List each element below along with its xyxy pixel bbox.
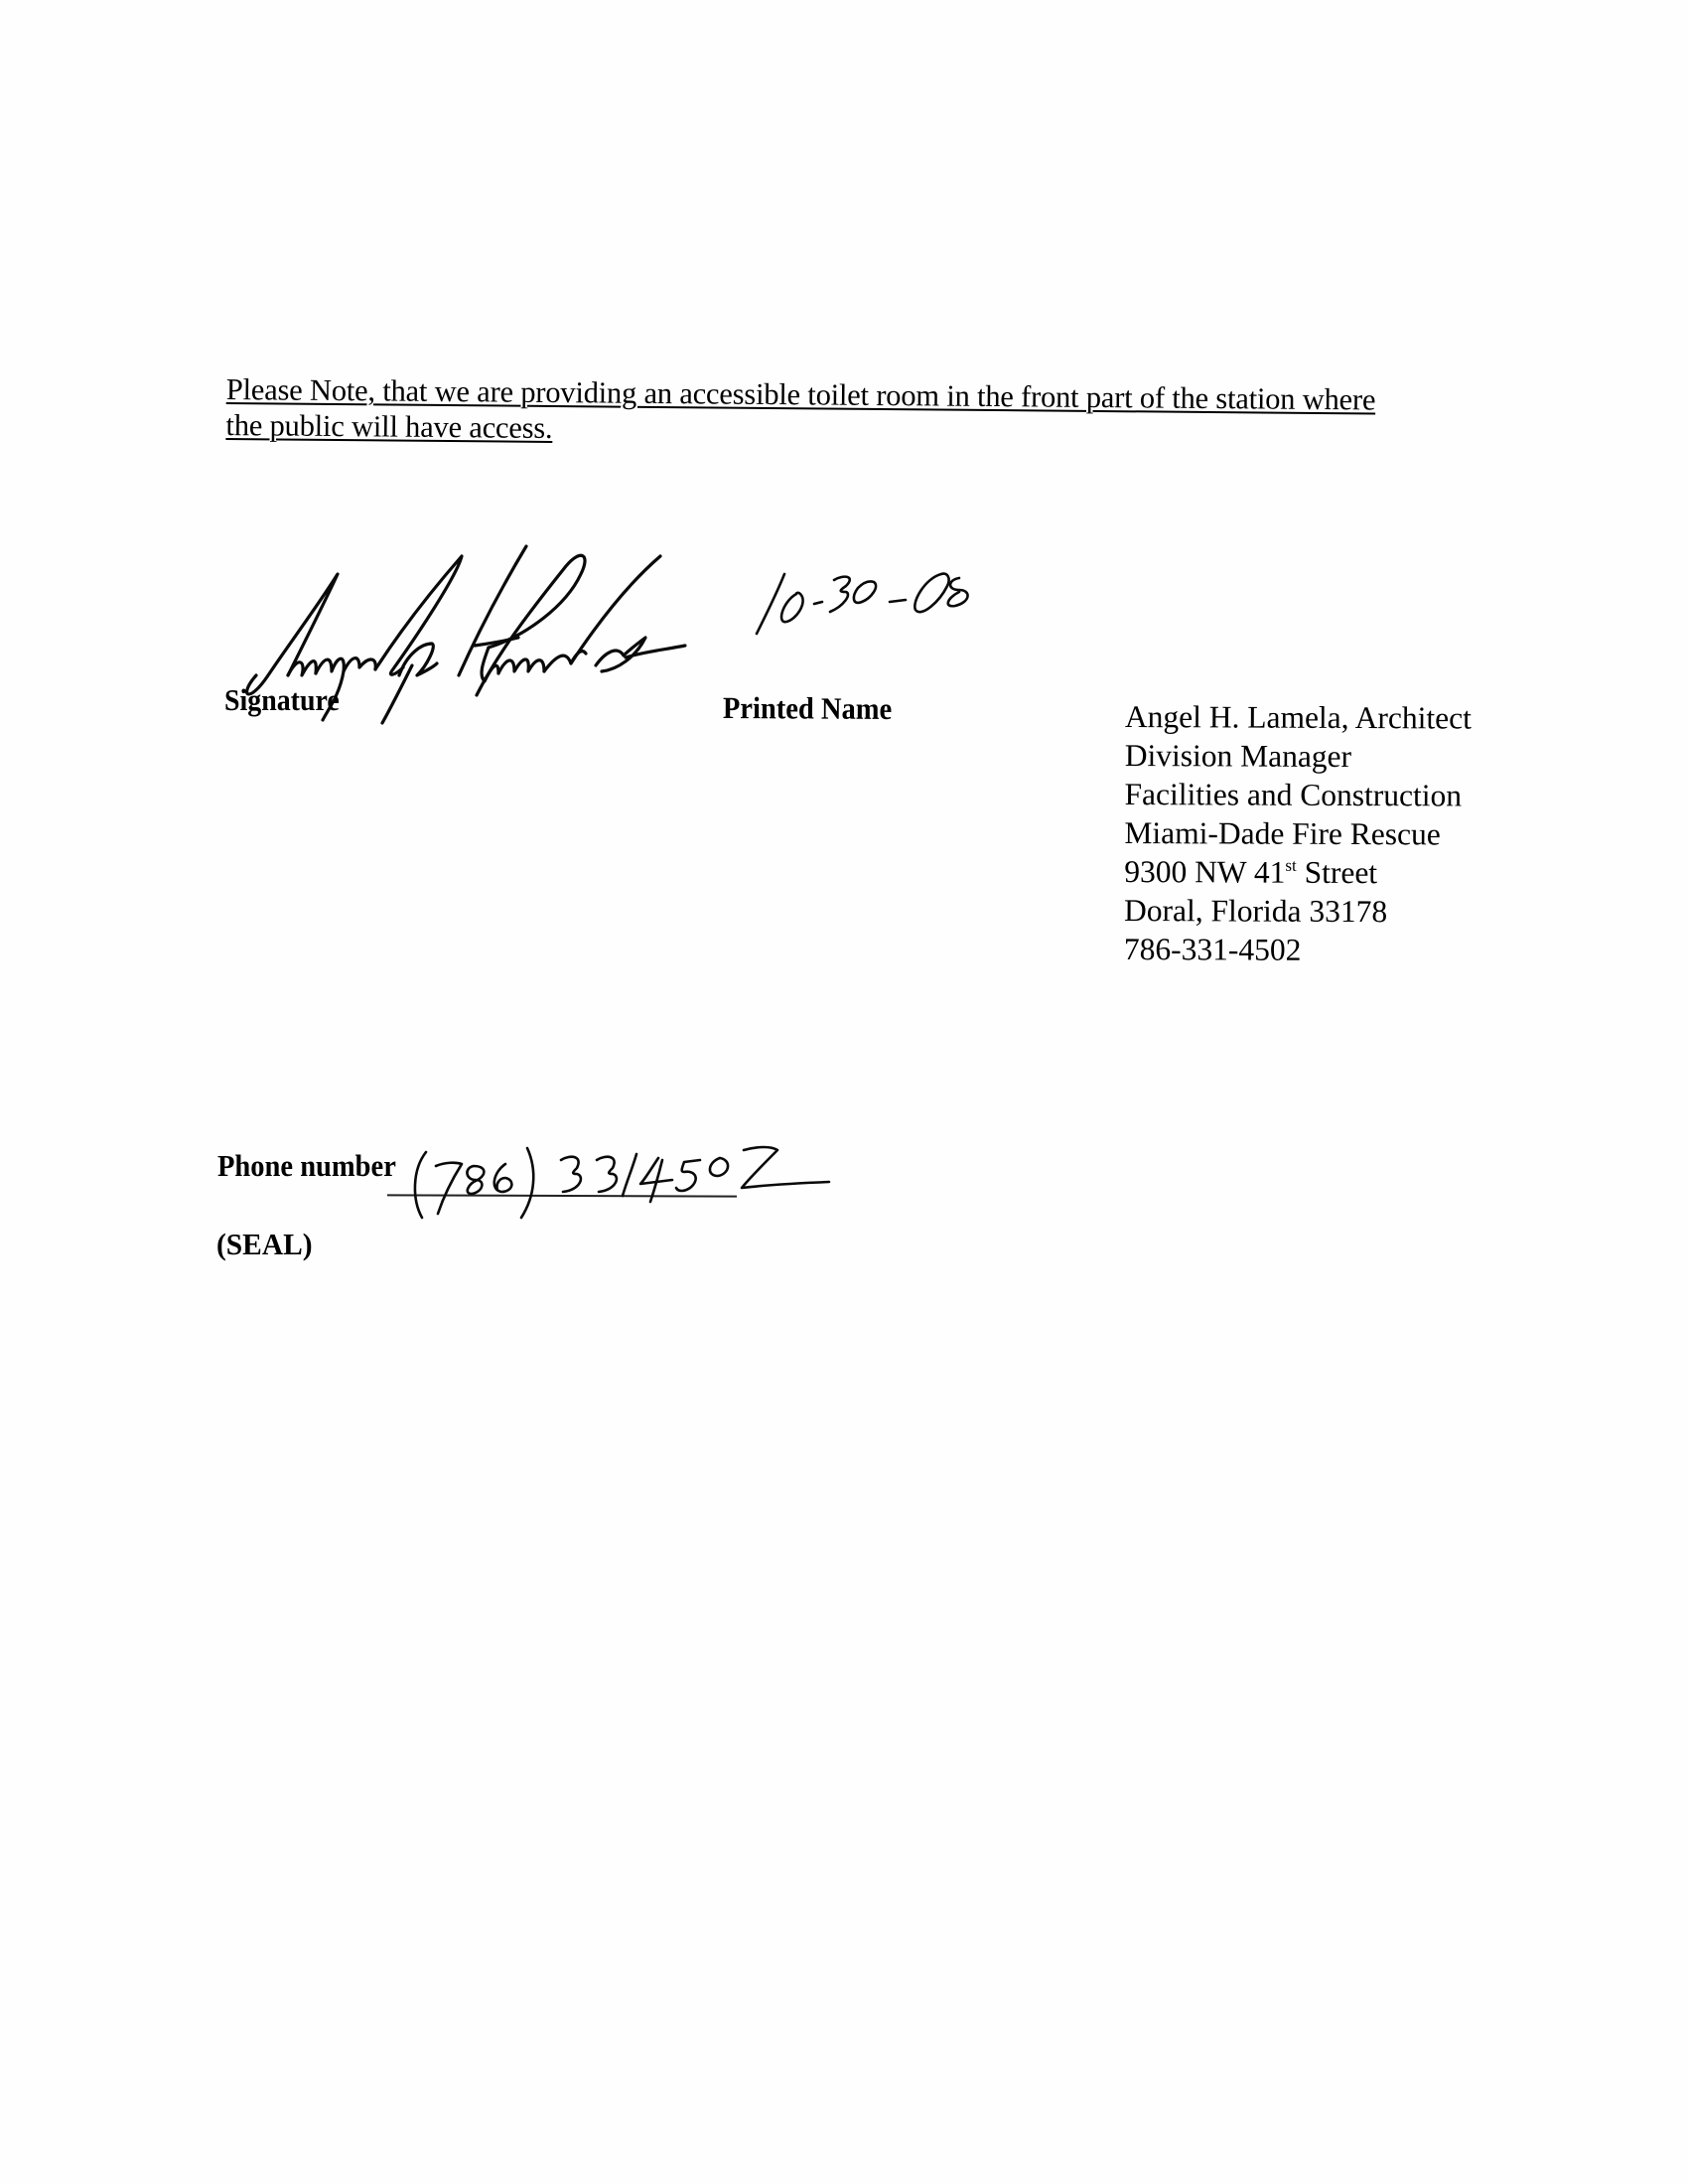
address-street: 9300 NW 41st Street: [1124, 852, 1471, 893]
address-title: Division Manager: [1125, 736, 1472, 777]
address-name: Angel H. Lamela, Architect: [1125, 697, 1472, 738]
printed-name-label: Printed Name: [723, 691, 892, 726]
address-division: Facilities and Construction: [1124, 775, 1471, 815]
handwritten-date: 10-30-08: [735, 566, 973, 646]
address-city: Doral, Florida 33178: [1124, 891, 1471, 932]
document-page: Please Note, that we are providing an ac…: [0, 0, 1688, 2184]
address-organization: Miami-Dade Fire Rescue: [1124, 813, 1471, 854]
address-phone: 786-331-4502: [1124, 930, 1471, 970]
accessibility-note: Please Note, that we are providing an ac…: [225, 371, 1557, 455]
seal-label: (SEAL): [216, 1228, 313, 1261]
handwritten-phone-number: (786) 331-4502: [402, 1140, 839, 1225]
phone-number-label: Phone number: [217, 1149, 396, 1183]
address-block: Angel H. Lamela, Architect Division Mana…: [1124, 697, 1472, 970]
signature-label: Signature: [224, 683, 340, 717]
